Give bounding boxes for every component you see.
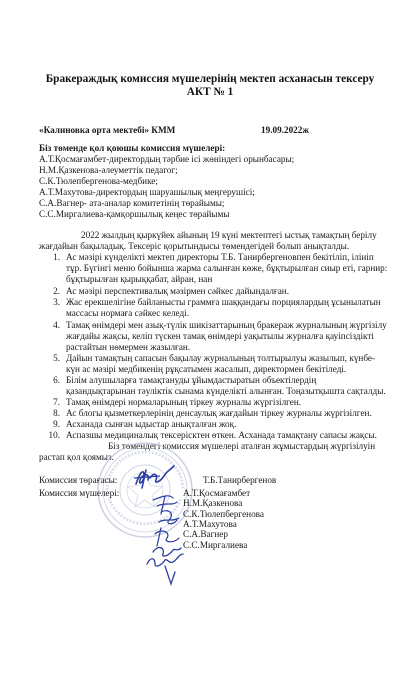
finding-number: 5.: [46, 353, 60, 364]
member-line: А.Т.Қосмағамбет-директордың тәрбие ісі ж…: [39, 154, 294, 165]
act-number: АКТ № 1: [0, 86, 420, 99]
document-date: 19.09.2022ж: [261, 125, 309, 135]
finding-number: 9.: [46, 419, 60, 430]
finding-text: Жас ерекшелігіне байланысты граммға шаққ…: [66, 297, 381, 308]
finding-number: 2.: [46, 286, 60, 297]
member-line: Н.М.Қазкенова-әлеуметтік педагог;: [39, 165, 178, 176]
finding-text: бұқтырылған қырыққабат, айран, нан: [66, 274, 212, 285]
member-signature-name: С.С.Миргалиева: [183, 540, 247, 550]
member-line: С.К.Тюлепбергенова-медбике;: [39, 176, 158, 187]
finding-number: 1.: [46, 252, 60, 263]
finding-text: Дайын тамақтың сапасын бақылау журналыны…: [66, 353, 375, 364]
finding-text: Тамақ өнімдері мен азық-түлік шикізаттар…: [66, 320, 387, 331]
document-page: Бракераждық комиссия мүшелерінің мектеп …: [0, 0, 420, 700]
finding-number: 8.: [46, 408, 60, 419]
finding-text: қазандықтарынан тәуліктік сынама күнделі…: [66, 386, 386, 397]
member-line: А.Т.Махутова-директордың шаруашылық меңг…: [39, 187, 255, 198]
chair-label: Комиссия төрағасы:: [39, 475, 117, 486]
finding-text: жағдайы жақсы, келіп түскен тамақ өнімде…: [66, 331, 374, 342]
finding-text: Асханада сынған ыдыстар анықталған жоқ.: [66, 419, 236, 430]
finding-text: Ас мәзірі перспективалық мәзірмен сәйкес…: [66, 286, 289, 297]
finding-text: Ас блогы қызметкерлерінің денсаулық жағд…: [66, 408, 372, 419]
finding-text: Тамақ өнімдері нормаларының тіркеу журна…: [66, 397, 301, 408]
members-label: Комиссия мүшелері:: [39, 488, 119, 499]
finding-number: 7.: [46, 397, 60, 408]
chair-name: Т.Б.Танирбергенов: [203, 475, 276, 486]
members-signatures-icon: [143, 492, 188, 587]
member-signature-name: А.Т.Қосмағамбет: [183, 488, 250, 498]
finding-text: Ас мәзірі күнделікті мектеп директоры Т.…: [66, 252, 374, 263]
member-signature-name: А.Т.Махутова: [183, 519, 237, 529]
intro-text: 2022 жылдың қыркүйек айының 19 күні мект…: [81, 230, 377, 241]
organization-name: «Калиновка орта мектебі» КММ: [39, 125, 175, 135]
chair-signature-icon: [130, 462, 180, 492]
finding-text: күн ас мәзірі медбикенің рұқсатымен жаса…: [66, 364, 346, 375]
document-title: Бракераждық комиссия мүшелерінің мектеп …: [0, 73, 420, 86]
finding-number: 6.: [46, 375, 60, 386]
finding-number: 10.: [46, 430, 60, 441]
member-line: С.С.Миргалиева-қамқоршылық кеңес төрайым…: [39, 209, 229, 220]
finding-number: 3.: [46, 297, 60, 308]
member-line: С.А.Вагнер- ата-аналар комитетінің төрай…: [39, 198, 225, 209]
finding-text: Білім алушыларға тамақтануды ұйымдастыра…: [66, 375, 316, 386]
member-signature-name: Н.М.Қазкенова: [183, 498, 242, 508]
members-heading: Біз төменде қол қоюшы комиссия мүшелері:: [39, 143, 225, 154]
finding-text: массасы нормаға сәйкес келеді.: [66, 308, 189, 319]
finding-number: 4.: [46, 320, 60, 331]
intro-text: жағдайын бақыладық. Тексеріс қорытындысы…: [39, 241, 349, 252]
member-signature-name: С.А.Вагнер: [183, 529, 228, 539]
member-signature-name: С.К.Тюлепбергенова: [183, 509, 264, 519]
finding-text: тұр. Бүгінгі меню бойынша жарма салынған…: [66, 263, 387, 274]
finding-text: растайтын нөмермен жазылған.: [66, 342, 190, 353]
